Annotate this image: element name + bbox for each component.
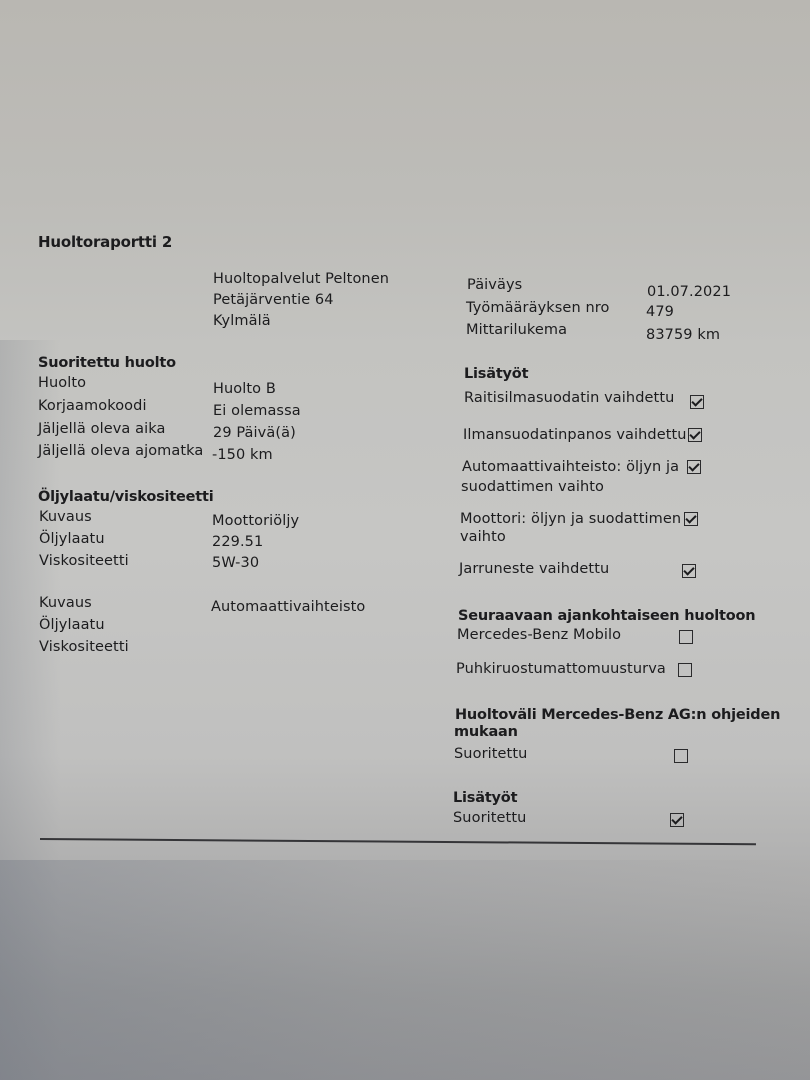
extra-work-item-label: Moottori: öljyn ja suodattimen: [460, 510, 681, 528]
service-heading: Suoritettu huolto: [38, 354, 176, 372]
checkbox-unchecked[interactable]: [679, 630, 693, 644]
extra-work-item-label-cont: vaihto: [460, 528, 506, 546]
transmission-viscosity-label: Viskositeetti: [39, 638, 129, 656]
service-report-page: Huoltoraportti 2 Huoltopalvelut Peltonen…: [0, 0, 810, 1080]
next-service-item-label: Puhkiruostumattomuusturva: [456, 660, 666, 678]
checkbox-checked[interactable]: [687, 460, 701, 474]
service-value: Huolto B: [213, 380, 276, 398]
workshop-street: Petäjärventie 64: [213, 291, 334, 309]
extra-work-item-label: Automaattivaihteisto: öljyn ja: [462, 458, 679, 476]
remaining-distance-value: -150 km: [212, 446, 273, 464]
oil-description-value: Moottoriöljy: [212, 512, 299, 530]
remaining-time-label: Jäljellä oleva aika: [38, 420, 165, 438]
extra-work-item-label: Raitisilmasuodatin vaihdettu: [464, 389, 674, 407]
extra-work-done-heading: Lisätyöt: [453, 789, 517, 807]
next-service-heading: Seuraavaan ajankohtaiseen huoltoon: [458, 607, 755, 625]
oil-viscosity-value: 5W-30: [212, 554, 259, 572]
extra-work-item-label: Ilmansuodatinpanos vaihdettu: [463, 426, 687, 444]
interval-item-label: Suoritettu: [454, 745, 527, 763]
oil-quality-value: 229.51: [212, 533, 263, 551]
work-order-value: 479: [646, 303, 674, 321]
document-title: Huoltoraportti 2: [38, 233, 172, 251]
interval-heading: Huoltoväli Mercedes-Benz AG:n ohjeiden: [455, 706, 780, 724]
workshop-city: Kylmälä: [213, 312, 271, 330]
workshop-name: Huoltopalvelut Peltonen: [213, 270, 389, 288]
transmission-description-label: Kuvaus: [39, 594, 92, 612]
workshop-code-value: Ei olemassa: [213, 402, 301, 420]
checkbox-checked[interactable]: [670, 813, 684, 827]
transmission-quality-label: Öljylaatu: [39, 616, 105, 634]
remaining-distance-label: Jäljellä oleva ajomatka: [38, 442, 203, 460]
oil-viscosity-label: Viskositeetti: [39, 552, 129, 570]
checkbox-unchecked[interactable]: [674, 749, 688, 763]
checkbox-checked[interactable]: [682, 564, 696, 578]
next-service-item-label: Mercedes-Benz Mobilo: [457, 626, 621, 644]
checkbox-unchecked[interactable]: [678, 663, 692, 677]
transmission-description-value: Automaattivaihteisto: [211, 598, 365, 616]
odometer-value: 83759 km: [646, 326, 720, 344]
workshop-code-label: Korjaamokoodi: [38, 397, 147, 415]
checkbox-checked[interactable]: [684, 512, 698, 526]
oil-description-label: Kuvaus: [39, 508, 92, 526]
checkbox-checked[interactable]: [688, 428, 702, 442]
service-label: Huolto: [38, 374, 86, 392]
work-order-label: Työmääräyksen nro: [466, 299, 609, 317]
checkbox-checked[interactable]: [690, 395, 704, 409]
horizontal-divider: [40, 838, 756, 845]
odometer-label: Mittarilukema: [466, 321, 567, 339]
extra-work-item-label-cont: suodattimen vaihto: [461, 478, 604, 496]
remaining-time-value: 29 Päivä(ä): [213, 424, 296, 442]
extra-work-item-label: Jarruneste vaihdettu: [459, 560, 609, 578]
interval-heading-cont: mukaan: [454, 723, 518, 741]
extra-work-heading: Lisätyöt: [464, 365, 528, 383]
date-value: 01.07.2021: [647, 283, 731, 301]
extra-work-done-item-label: Suoritettu: [453, 809, 526, 827]
oil-quality-label: Öljylaatu: [39, 530, 105, 548]
date-label: Päiväys: [467, 276, 522, 294]
oil-heading: Öljylaatu/viskositeetti: [38, 488, 214, 506]
